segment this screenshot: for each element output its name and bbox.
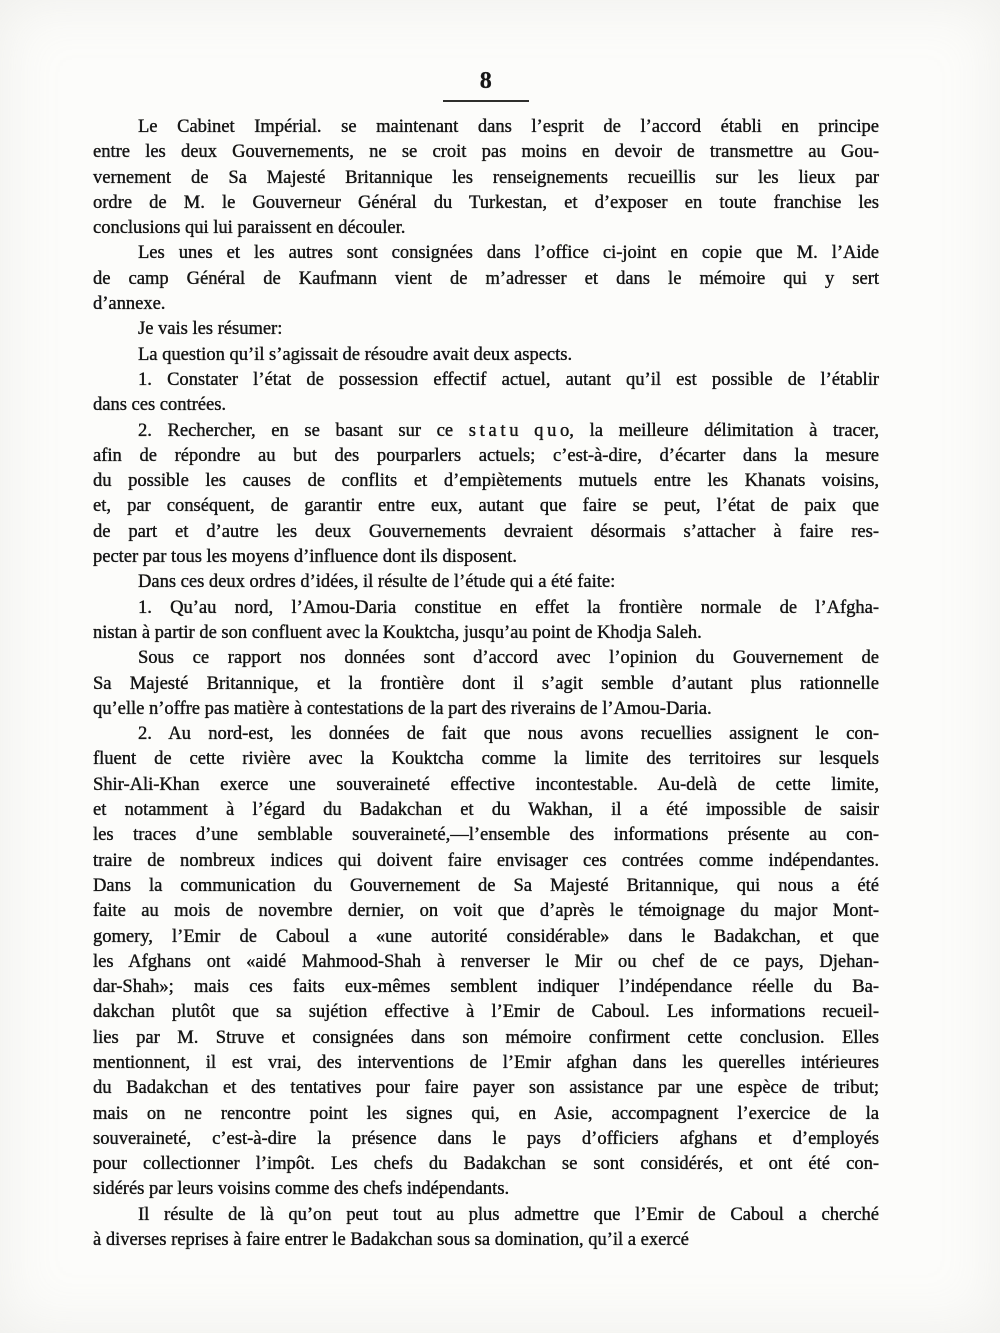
document-page: 8 Le Cabinet Impérial. se maintenant dan…: [0, 0, 1000, 1333]
text-line: les Afghans ont «aidé Mahmood-Shah à ren…: [93, 950, 879, 975]
text-line: et notamment à l’égard du Badakchan et d…: [93, 798, 879, 823]
text-line: entre les deux Gouvernements, ne se croi…: [93, 140, 879, 165]
text-line: afin de répondre au but des pourparlers …: [93, 444, 879, 469]
page-text-block: Le Cabinet Impérial. se maintenant dans …: [93, 115, 879, 1253]
text-line: mentionnent, il est vrai, des interventi…: [93, 1051, 879, 1076]
text-line: les traces d’une semblable souveraineté,…: [93, 823, 879, 848]
page-header: 8: [93, 68, 879, 102]
text-line: Le Cabinet Impérial. se maintenant dans …: [93, 115, 879, 140]
text-line: dar-Shah»; mais ces faits eux-mêmes semb…: [93, 975, 879, 1000]
text-line: 2. Au nord-est, les données de fait que …: [93, 722, 879, 747]
text-line: gomery, l’Emir de Caboul a «une autorité…: [93, 925, 879, 950]
text-line: Dans la communication du Gouvernement de…: [93, 874, 879, 899]
text-line: mais on ne rencontre point les signes qu…: [93, 1102, 879, 1127]
text-line: 1. Constater l’état de possession effect…: [93, 368, 879, 393]
text-line: 1. Qu’au nord, l’Amou-Daria constitue en…: [93, 596, 879, 621]
text-line: à diverses reprises à faire entrer le Ba…: [93, 1228, 879, 1253]
text-line: faite au mois de novembre dernier, on vo…: [93, 899, 879, 924]
text-line: Je vais les résumer:: [93, 317, 879, 342]
text-line: conclusions qui lui paraissent en découl…: [93, 216, 879, 241]
text-line: Sous ce rapport nos données sont d’accor…: [93, 646, 879, 671]
text-line: et, par conséquent, de garantir entre eu…: [93, 494, 879, 519]
text-line: lies par M. Struve et consignées dans so…: [93, 1026, 879, 1051]
text-line: Les unes et les autres sont consignées d…: [93, 241, 879, 266]
text-line: de part et d’autre les deux Gouvernement…: [93, 520, 879, 545]
text-line: Sa Majesté Britannique, et la frontière …: [93, 672, 879, 697]
text-line: dans ces contrées.: [93, 393, 879, 418]
text-line: d’annexe.: [93, 292, 879, 317]
text-line: fluent de cette rivière avec la Kouktcha…: [93, 747, 879, 772]
text-line: nistan à partir de son confluent avec la…: [93, 621, 879, 646]
text-line: Shir-Ali-Khan exerce une souveraineté ef…: [93, 773, 879, 798]
text-line: pecter par tous les moyens d’influence d…: [93, 545, 879, 570]
text-line: 2. Rechercher, en se basant sur ce s t a…: [93, 419, 879, 444]
text-line: du possible les causes de conflits et d’…: [93, 469, 879, 494]
text-line: Il résulte de là qu’on peut tout au plus…: [93, 1203, 879, 1228]
text-line: qu’elle n’offre pas matière à contestati…: [93, 697, 879, 722]
text-line: pour collectionner l’impôt. Les chefs du…: [93, 1152, 879, 1177]
text-line: La question qu’il s’agissait de résoudre…: [93, 343, 879, 368]
page-number: 8: [443, 68, 530, 102]
text-line: dakchan plutôt que sa sujétion effective…: [93, 1000, 879, 1025]
text-line: du Badakchan et des tentatives pour fair…: [93, 1076, 879, 1101]
text-line: souveraineté, c’est-à-dire la présence d…: [93, 1127, 879, 1152]
text-line: ordre de M. le Gouverneur Général du Tur…: [93, 191, 879, 216]
text-line: sidérés par leurs voisins comme des chef…: [93, 1177, 879, 1202]
text-line: de camp Général de Kaufmann vient de m’a…: [93, 267, 879, 292]
text-line: traire de nombreux indices qui doivent f…: [93, 849, 879, 874]
text-line: vernement de Sa Majesté Britannique les …: [93, 166, 879, 191]
text-line: Dans ces deux ordres d’idées, il résulte…: [93, 570, 879, 595]
